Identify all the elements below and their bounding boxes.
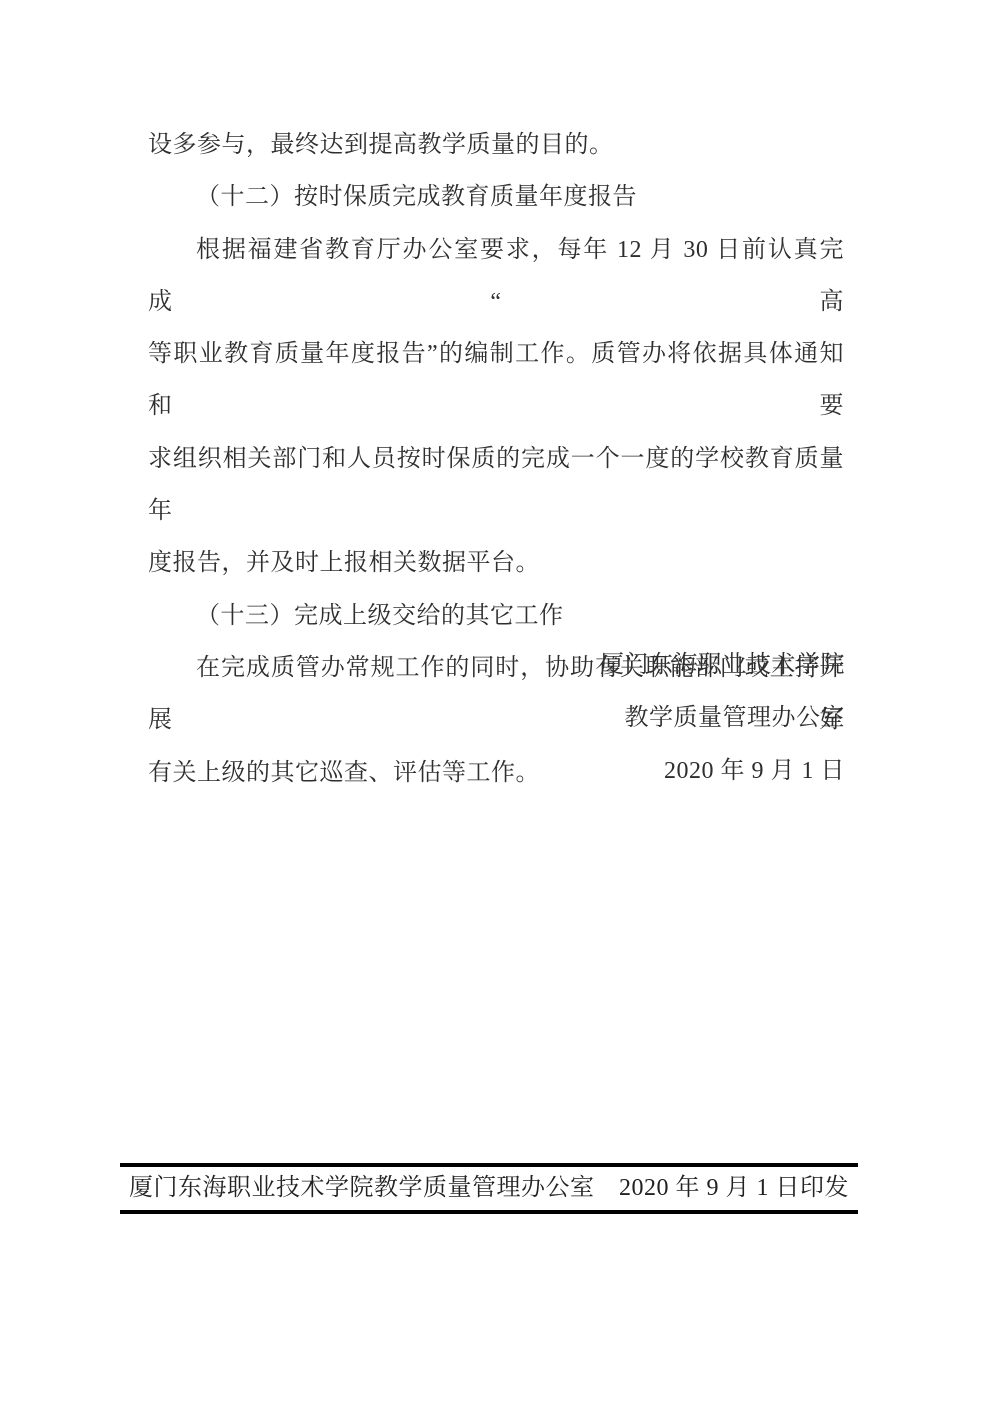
body-line: 设多参与，最终达到提高教学质量的目的。: [148, 119, 844, 171]
body-line: 求组织相关部门和人员按时保质的完成一个一度的学校教育质量年: [148, 433, 844, 538]
body-line: 度报告，并及时上报相关数据平台。: [148, 537, 844, 589]
signature-line: 教学质量管理办公室: [600, 692, 845, 745]
document-page: 设多参与，最终达到提高教学质量的目的。（十二）按时保质完成教育质量年度报告根据福…: [0, 0, 992, 1403]
signature-line: 2020 年 9 月 1 日: [600, 745, 845, 798]
footer-issuer-line: 厦门东海职业技术学院教学质量管理办公室 2020 年 9 月 1 日印发: [120, 1167, 858, 1210]
footer-rule-box: 厦门东海职业技术学院教学质量管理办公室 2020 年 9 月 1 日印发: [120, 1163, 858, 1214]
body-line: （十三）完成上级交给的其它工作: [148, 590, 844, 642]
body-line: 根据福建省教育厅办公室要求，每年 12 月 30 日前认真完成“高: [148, 224, 844, 329]
signature-line: 厦门东海职业技术学院: [600, 639, 845, 692]
signature-block: 厦门东海职业技术学院教学质量管理办公室2020 年 9 月 1 日: [600, 639, 845, 798]
body-line: （十二）按时保质完成教育质量年度报告: [148, 171, 844, 223]
body-line: 等职业教育质量年度报告”的编制工作。质管办将依据具体通知和要: [148, 328, 844, 433]
